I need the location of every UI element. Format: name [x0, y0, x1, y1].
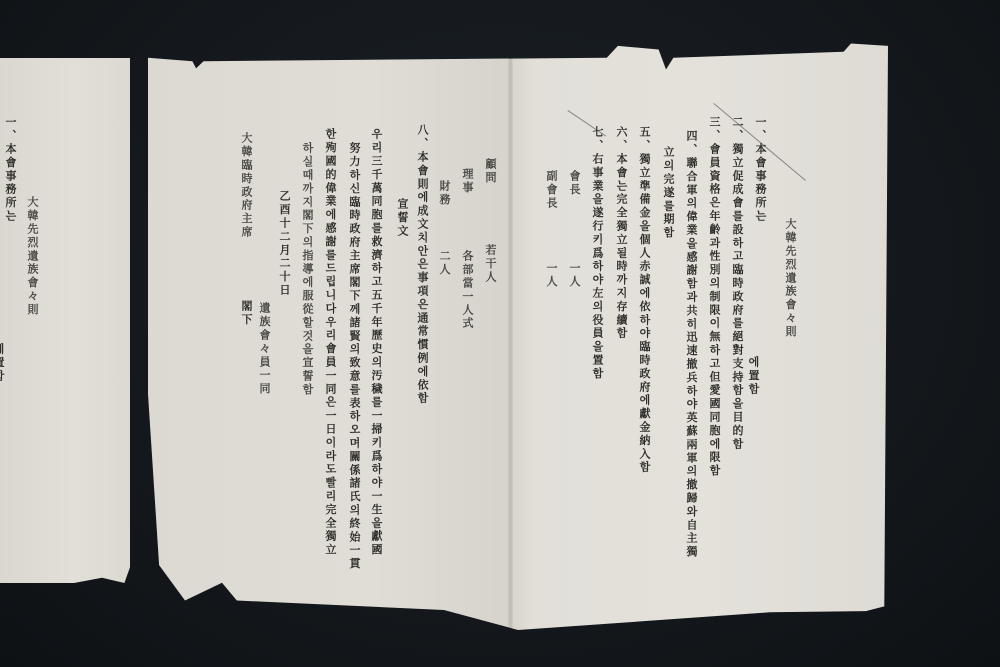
declaration-line-1: 우리三千萬同胞를救濟하고五千年歷史의汚穢를一掃키爲하야一生을獻國	[370, 128, 383, 557]
article-4-cont: 立의完遂를期함	[662, 146, 675, 240]
officer-count-director: 各部當一人式	[461, 250, 474, 330]
declaration-line-2: 努力하신臨時政府主席閣下께諸賢의致意를表하오며關係諸氏의終始一貫	[348, 142, 361, 571]
addressee: 大韓臨時政府主席	[240, 132, 253, 239]
left-fragment-article-1: 一、本會事務所는	[4, 116, 17, 223]
main-document-sheet: 大韓先烈遺族會々則 一、本會事務所는 에置함 二、獨立促成會를設하고臨時政府를絕…	[148, 40, 888, 630]
article-6: 六、本會는完全獨立될時까지存續함	[615, 126, 628, 340]
article-5: 五、獨立準備金을個人赤誠에依하야臨時政府에獻金納入함	[638, 126, 651, 474]
document-date: 乙酉十二月二十日	[278, 190, 291, 297]
left-fragment-article-1-end: 에置함	[0, 343, 5, 383]
officer-count-treasurer: 二人	[438, 250, 451, 277]
pencil-mark	[567, 110, 606, 137]
officer-role-treasurer: 財務	[438, 180, 451, 207]
article-1: 一、本會事務所는	[754, 116, 767, 223]
signatory: 遺族會々員一同	[258, 302, 271, 396]
article-8: 八、本會則에成文치안은事項은通常慣例에依함	[416, 124, 429, 405]
officer-role-vice-president: 副會長	[545, 170, 558, 210]
officer-role-president: 會長	[568, 170, 581, 197]
article-1-location: 에置함	[747, 356, 760, 396]
officer-count-advisor: 若干人	[484, 244, 497, 284]
article-7: 七、右事業을遂行키爲하야左의役員을置함	[591, 126, 604, 381]
article-2: 二、獨立促成會를設하고臨時政府를絕對支持함을目的함	[731, 116, 744, 451]
document-title: 大韓先烈遺族會々則	[784, 218, 797, 339]
center-fold	[508, 40, 514, 630]
addressee-suffix: 閣下	[240, 300, 253, 327]
declaration-line-3: 한殉國的偉業에感謝를드립니다우리會員一同은一日이라도빨리完全獨立	[324, 128, 337, 557]
officer-role-advisor: 顧問	[484, 158, 497, 185]
article-4: 四、聯合軍의偉業을感謝함과共히迅速撤兵하야英蘇兩軍의撤歸와自主獨	[685, 130, 698, 559]
officer-count-vice-president: 一人	[545, 262, 558, 289]
declaration-title: 宣誓文	[396, 198, 409, 238]
left-document-fragment: 一、本會事務所는 大韓先烈遺族會々則 에置함	[0, 58, 130, 583]
article-3: 三、會員資格은年齡과性別의制限이無하고但愛國同胞에限함	[708, 116, 721, 478]
officer-count-president: 一人	[568, 262, 581, 289]
declaration-line-4: 하실때까지閣下의指導에服從할것을宣誓함	[301, 142, 314, 397]
left-fragment-title: 大韓先烈遺族會々則	[26, 196, 39, 317]
officer-role-director: 理事	[461, 168, 474, 195]
